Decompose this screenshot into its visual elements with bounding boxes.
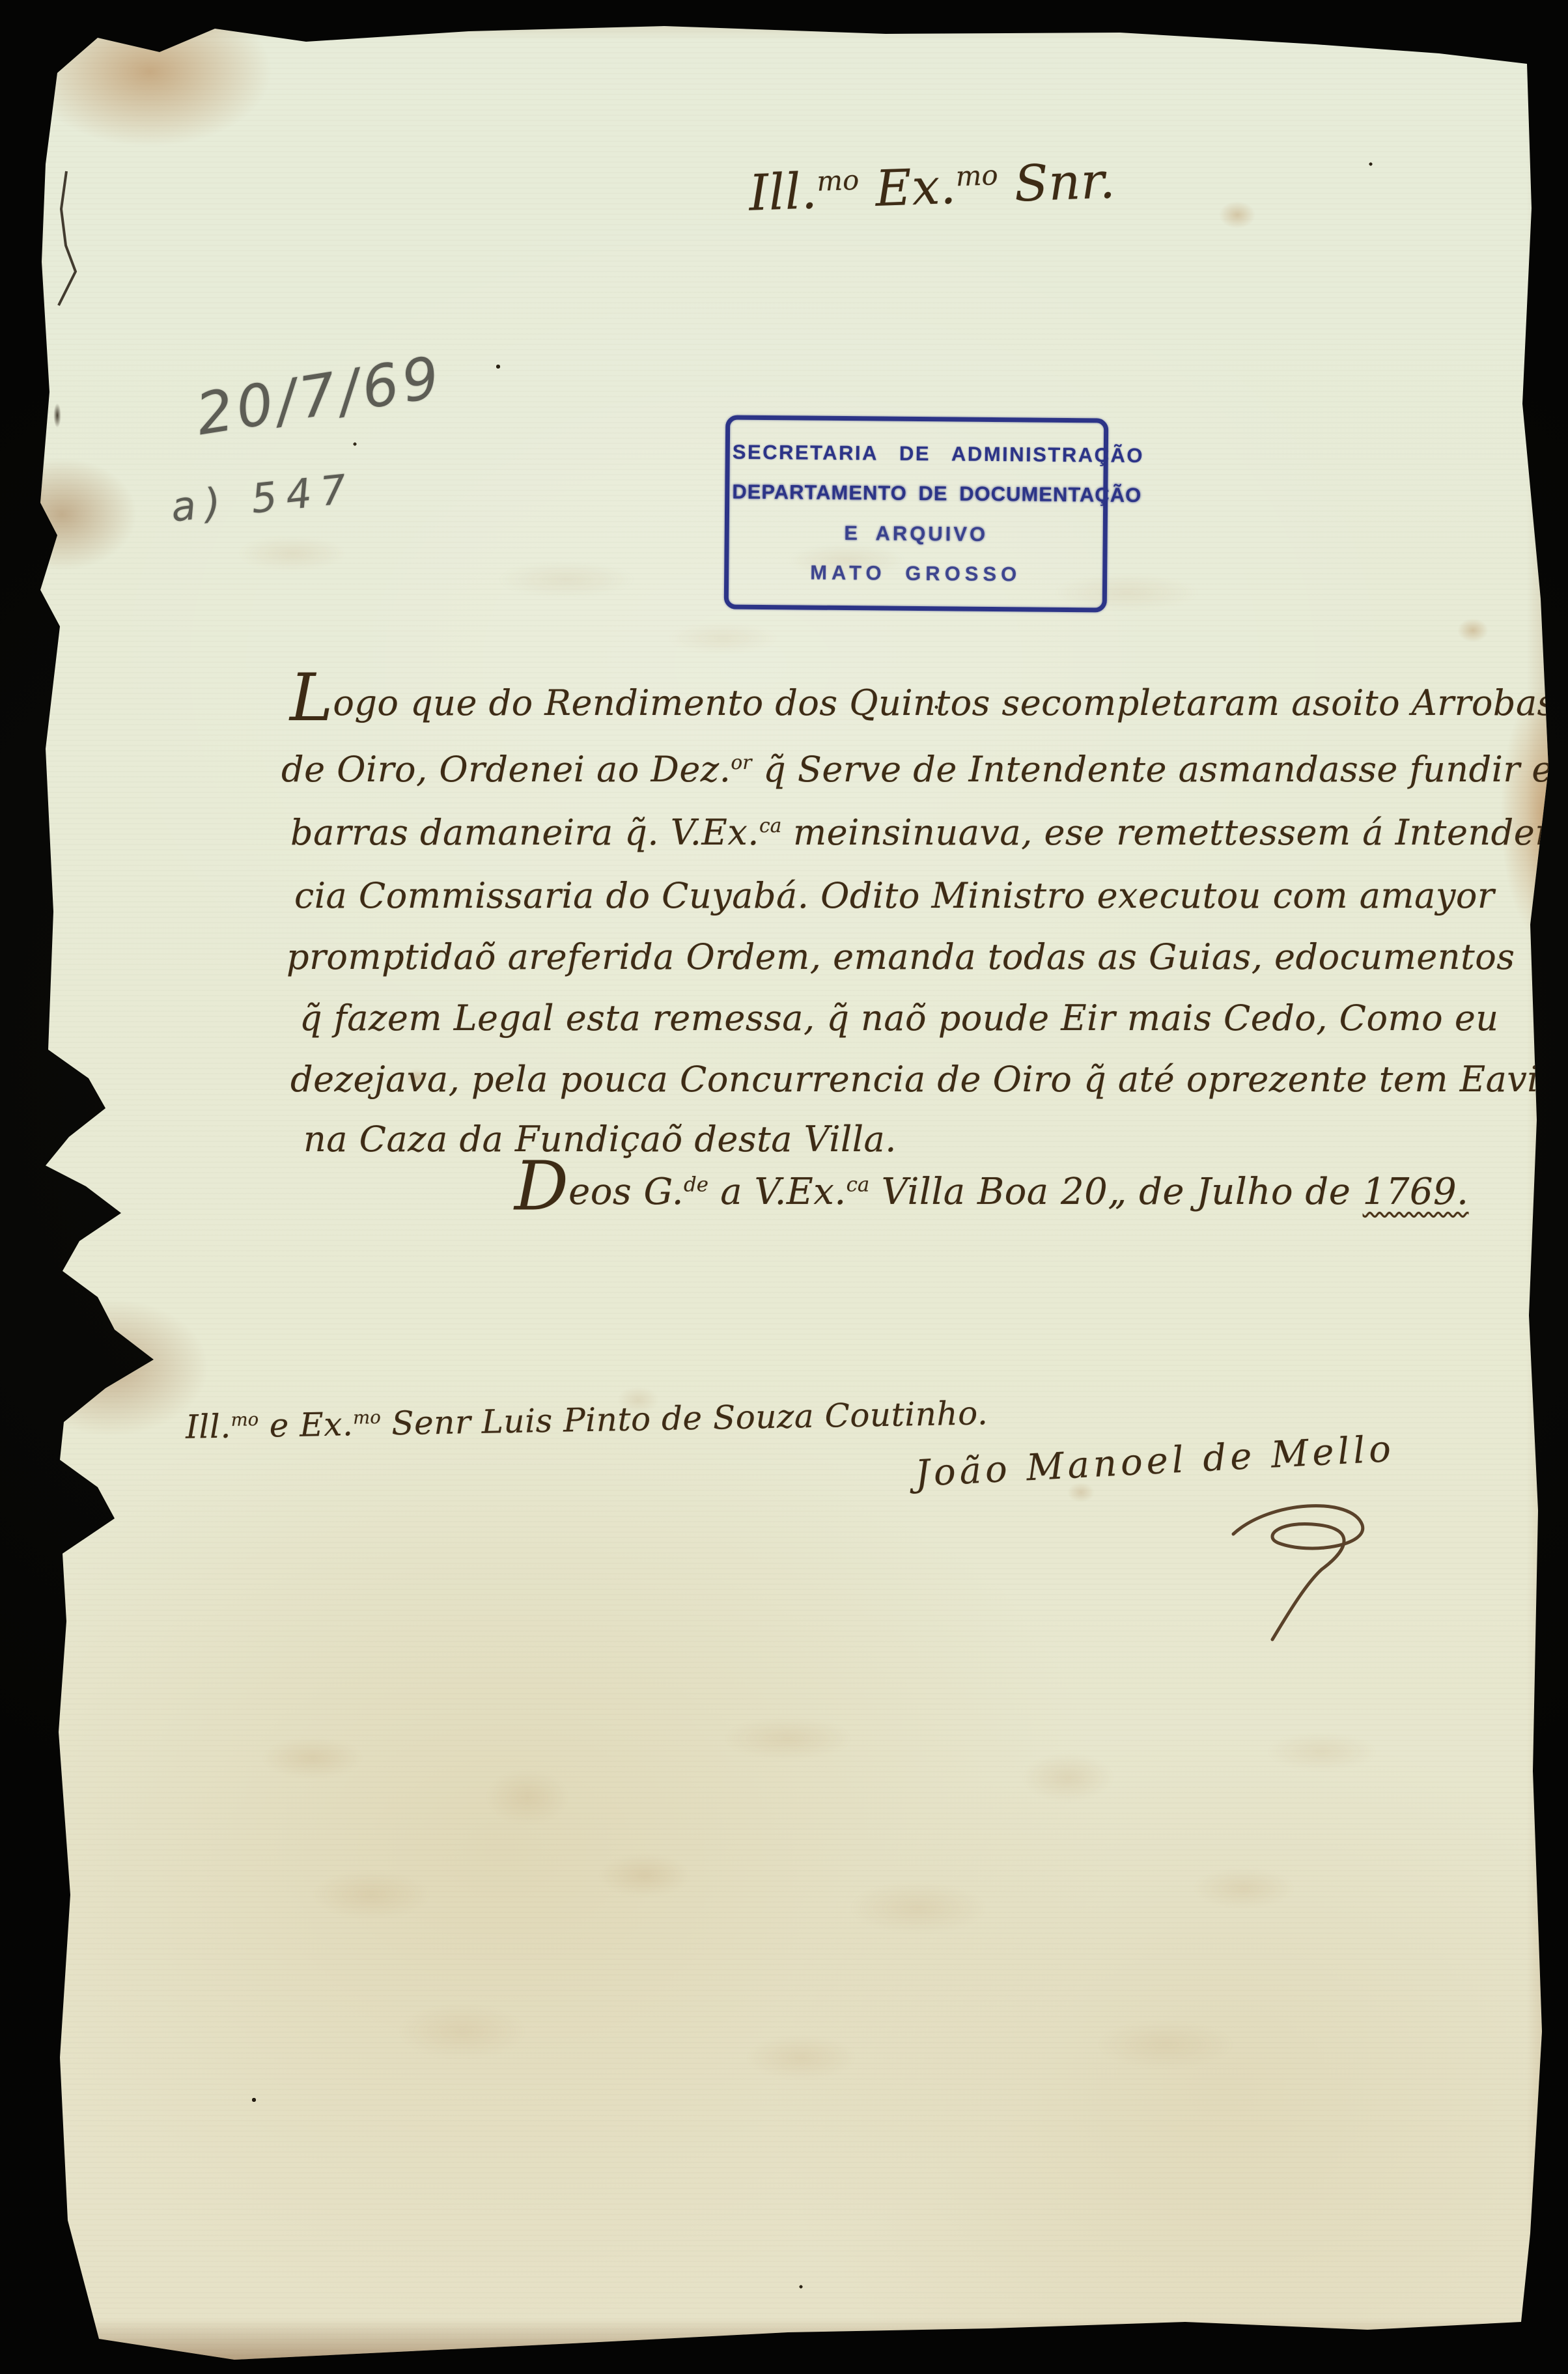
body-line-1: Logo que do Rendimento dos Quintos secom…	[290, 682, 1556, 723]
body-line-3: barras damaneira q̃. V.Ex.ca meinsinuava…	[290, 812, 1568, 853]
body-line-6: q̃ fazem Legal esta remessa, q̃ naõ poud…	[300, 998, 1499, 1039]
body-line-8: na Caza da Fundiçaõ desta Villa.	[303, 1119, 897, 1160]
ink-crack-mark	[46, 166, 91, 316]
document-page: Ill.mo Ex.mo Snr. 20/7/69 a) 547 SECRETA…	[0, 0, 1568, 2374]
body-line-5: promptidaõ areferida Ordem, emanda todas…	[287, 936, 1515, 977]
photo-background: Ill.mo Ex.mo Snr. 20/7/69 a) 547 SECRETA…	[0, 0, 1568, 2374]
stamp-line-1: SECRETARIA DE ADMINISTRAÇÃO	[733, 440, 1101, 467]
stamp-line-4: MATO GROSSO	[731, 561, 1100, 587]
stamp-line-3: E ARQUIVO	[732, 520, 1100, 547]
body-line-7: dezejava, pela pouca Concurrencia de Oir…	[290, 1059, 1568, 1100]
stamp-line-2: DEPARTAMENTO DE DOCUMENTAÇÃO	[732, 481, 1100, 507]
body-line-2: de Oiro, Ordenei ao Dez.or q̃ Serve de I…	[281, 749, 1568, 790]
dateline: Deos G.de a V.Ex.ca Villa Boa 20„ de Jul…	[514, 1171, 1468, 1213]
body-line-4: cia Commissaria do Cuyabá. Odito Ministr…	[294, 875, 1494, 916]
signature-flourish	[1224, 1491, 1393, 1654]
archive-stamp: SECRETARIA DE ADMINISTRAÇÃO DEPARTAMENTO…	[724, 415, 1109, 612]
